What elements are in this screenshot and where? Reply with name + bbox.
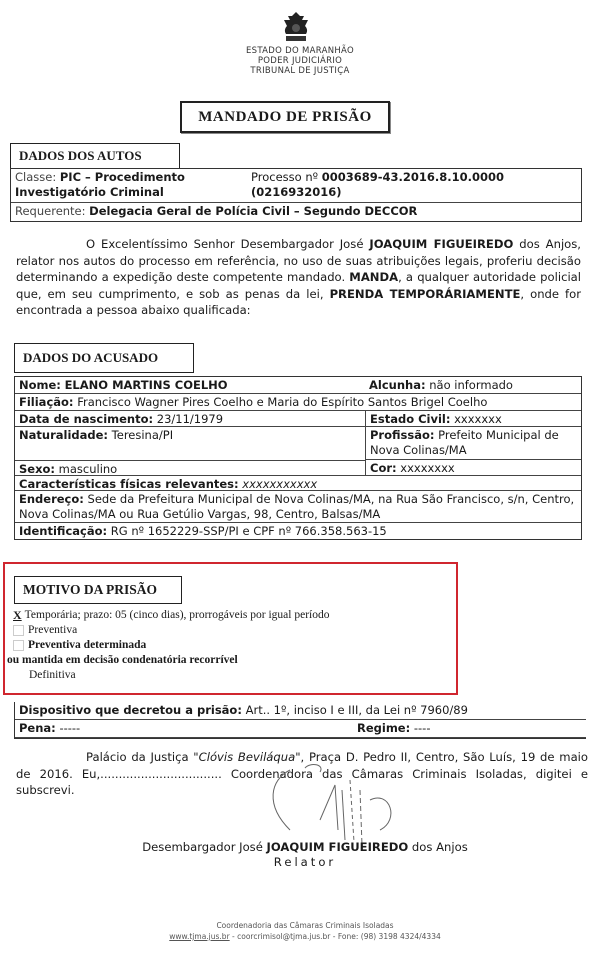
alcunha-value: não informado xyxy=(429,378,513,392)
regime-label: Regime: xyxy=(357,721,410,735)
option-preventiva: Preventiva xyxy=(13,623,453,638)
footer-line-1: Coordenadoria das Câmaras Criminais Isol… xyxy=(120,920,490,931)
pena-field: Pena: ----- xyxy=(15,720,353,737)
signer-block: Desembargador José JOAQUIM FIGUEIREDO do… xyxy=(100,840,510,870)
footer-url-link[interactable]: www.tjma.jus.br xyxy=(169,932,229,941)
signer-role: Relator xyxy=(100,855,510,870)
handwritten-signature xyxy=(250,760,430,850)
estado-civil-value: xxxxxxx xyxy=(454,412,502,426)
requerente-field: Requerente: Delegacia Geral de Polícia C… xyxy=(11,203,581,221)
option-label: Temporária; prazo: 05 (cinco dias), pror… xyxy=(25,609,330,621)
issuing-authority: ESTADO DO MARANHÃO PODER JUDICIÁRIO TRIB… xyxy=(200,46,400,76)
sexo-field: Sexo: masculino xyxy=(15,460,365,475)
footer: Coordenadoria das Câmaras Criminais Isol… xyxy=(120,920,490,942)
nascimento-field: Data de nascimento: 23/11/1979 xyxy=(15,411,365,426)
header-line-power: PODER JUDICIÁRIO xyxy=(200,56,400,66)
signer-suffix: dos Anjos xyxy=(408,840,468,854)
option-label: Preventiva determinada xyxy=(28,639,146,651)
cor-label: Cor: xyxy=(370,461,397,475)
profissao-field: Profissão: Prefeito Municipal de Nova Co… xyxy=(366,427,581,459)
coat-of-arms-icon xyxy=(276,10,316,46)
dispositivo-field: Dispositivo que decretou a prisão: Art..… xyxy=(15,702,586,720)
identificacao-field: Identificação: RG nº 1652229-SSP/PI e CP… xyxy=(15,523,581,539)
nascimento-value: 23/11/1979 xyxy=(157,412,223,426)
section-heading-autos: DADOS DOS AUTOS xyxy=(10,143,180,169)
accused-table: Nome: ELANO MARTINS COELHO Alcunha: não … xyxy=(14,376,582,540)
profissao-label: Profissão: xyxy=(370,428,434,442)
judge-name: JOAQUIM FIGUEIREDO xyxy=(369,237,513,251)
caracteristicas-field: Características físicas relevantes: xxxx… xyxy=(15,475,581,491)
estado-civil-field: Estado Civil: xxxxxxx xyxy=(365,411,581,426)
identificacao-value: RG nº 1652229-SSP/PI e CPF nº 766.358.56… xyxy=(111,524,387,538)
autos-table: Classe: PIC – Procedimento Investigatóri… xyxy=(10,168,582,222)
checkbox-checked[interactable]: X xyxy=(13,608,22,623)
intro-text-1: O Excelentíssimo Senhor Desembargador Jo… xyxy=(86,237,369,251)
estado-civil-label: Estado Civil: xyxy=(370,412,450,426)
cor-value: xxxxxxxx xyxy=(400,461,454,475)
dispositivo-table: Dispositivo que decretou a prisão: Art..… xyxy=(14,702,586,739)
requerente-value: Delegacia Geral de Polícia Civil – Segun… xyxy=(89,204,417,218)
option-definitiva: Definitiva xyxy=(13,668,453,683)
option-label-continuation: ou mantida em decisão condenatória recor… xyxy=(7,653,453,668)
filiacao-field: Filiação: Francisco Wagner Pires Coelho … xyxy=(15,394,581,411)
section-heading-acusado: DADOS DO ACUSADO xyxy=(14,343,194,373)
alcunha-field: Alcunha: não informado xyxy=(365,377,581,393)
filiacao-label: Filiação: xyxy=(19,395,74,409)
header-line-court: TRIBUNAL DE JUSTIÇA xyxy=(200,66,400,76)
endereco-label: Endereço: xyxy=(19,492,84,506)
signer-name: Desembargador José JOAQUIM FIGUEIREDO do… xyxy=(100,840,510,855)
option-preventiva-determinada: Preventiva determinada xyxy=(13,638,453,653)
option-label: Definitiva xyxy=(29,669,76,681)
endereco-value: Sede da Prefeitura Municipal de Nova Col… xyxy=(19,492,574,521)
footer-contact: - coorcrimisol@tjma.jus.br - Fone: (98) … xyxy=(230,932,441,941)
processo-field: Processo nº 0003689-43.2016.8.10.0000 (0… xyxy=(247,169,581,202)
nome-label: Nome: xyxy=(19,378,61,392)
pena-value: ----- xyxy=(59,721,80,735)
sexo-value: masculino xyxy=(59,462,118,476)
footer-line-2: www.tjma.jus.br - coorcrimisol@tjma.jus.… xyxy=(120,931,490,942)
caracteristicas-value: xxxxxxxxxxx xyxy=(242,477,317,491)
signer-bold-name: JOAQUIM FIGUEIREDO xyxy=(267,840,409,854)
nome-value: ELANO MARTINS COELHO xyxy=(65,378,228,392)
classe-label: Classe: xyxy=(15,170,56,184)
endereco-field: Endereço: Sede da Prefeitura Municipal d… xyxy=(15,491,581,523)
nome-field: Nome: ELANO MARTINS COELHO xyxy=(15,377,365,393)
option-temporaria: XTemporária; prazo: 05 (cinco dias), pro… xyxy=(13,608,453,623)
classe-field: Classe: PIC – Procedimento Investigatóri… xyxy=(11,169,247,202)
sexo-label: Sexo: xyxy=(19,462,55,476)
dispositivo-value: Art.. 1º, inciso I e III, da Lei nº 7960… xyxy=(246,703,468,717)
regime-field: Regime: ---- xyxy=(353,720,586,737)
pena-label: Pena: xyxy=(19,721,56,735)
identificacao-label: Identificação: xyxy=(19,524,107,538)
naturalidade-value: Teresina/PI xyxy=(112,428,173,442)
processo-label: Processo nº xyxy=(251,170,318,184)
requerente-label: Requerente: xyxy=(15,204,86,218)
alcunha-label: Alcunha: xyxy=(369,378,426,392)
closing-text-a: Palácio da Justiça " xyxy=(86,750,199,764)
prenda-keyword: PRENDA TEMPORÁRIAMENTE xyxy=(330,287,521,301)
cor-field: Cor: xxxxxxxx xyxy=(366,459,581,475)
section-heading-motivo: MOTIVO DA PRISÃO xyxy=(14,576,182,604)
naturalidade-field: Naturalidade: Teresina/PI xyxy=(15,427,365,460)
checkbox-unchecked[interactable] xyxy=(13,640,24,651)
manda-keyword: MANDA xyxy=(349,270,398,284)
checkbox-unchecked[interactable] xyxy=(13,625,24,636)
order-paragraph: O Excelentíssimo Senhor Desembargador Jo… xyxy=(16,236,581,319)
naturalidade-label: Naturalidade: xyxy=(19,428,108,442)
dispositivo-label: Dispositivo que decretou a prisão: xyxy=(19,703,242,717)
regime-value: ---- xyxy=(414,721,431,735)
motivo-options: XTemporária; prazo: 05 (cinco dias), pro… xyxy=(13,608,453,683)
filiacao-value: Francisco Wagner Pires Coelho e Maria do… xyxy=(77,395,487,409)
nascimento-label: Data de nascimento: xyxy=(19,412,153,426)
option-label: Preventiva xyxy=(28,624,77,636)
header-line-state: ESTADO DO MARANHÃO xyxy=(200,46,400,56)
caracteristicas-label: Características físicas relevantes: xyxy=(19,477,239,491)
document-title: MANDADO DE PRISÃO xyxy=(180,101,390,133)
signer-prefix: Desembargador José xyxy=(142,840,266,854)
